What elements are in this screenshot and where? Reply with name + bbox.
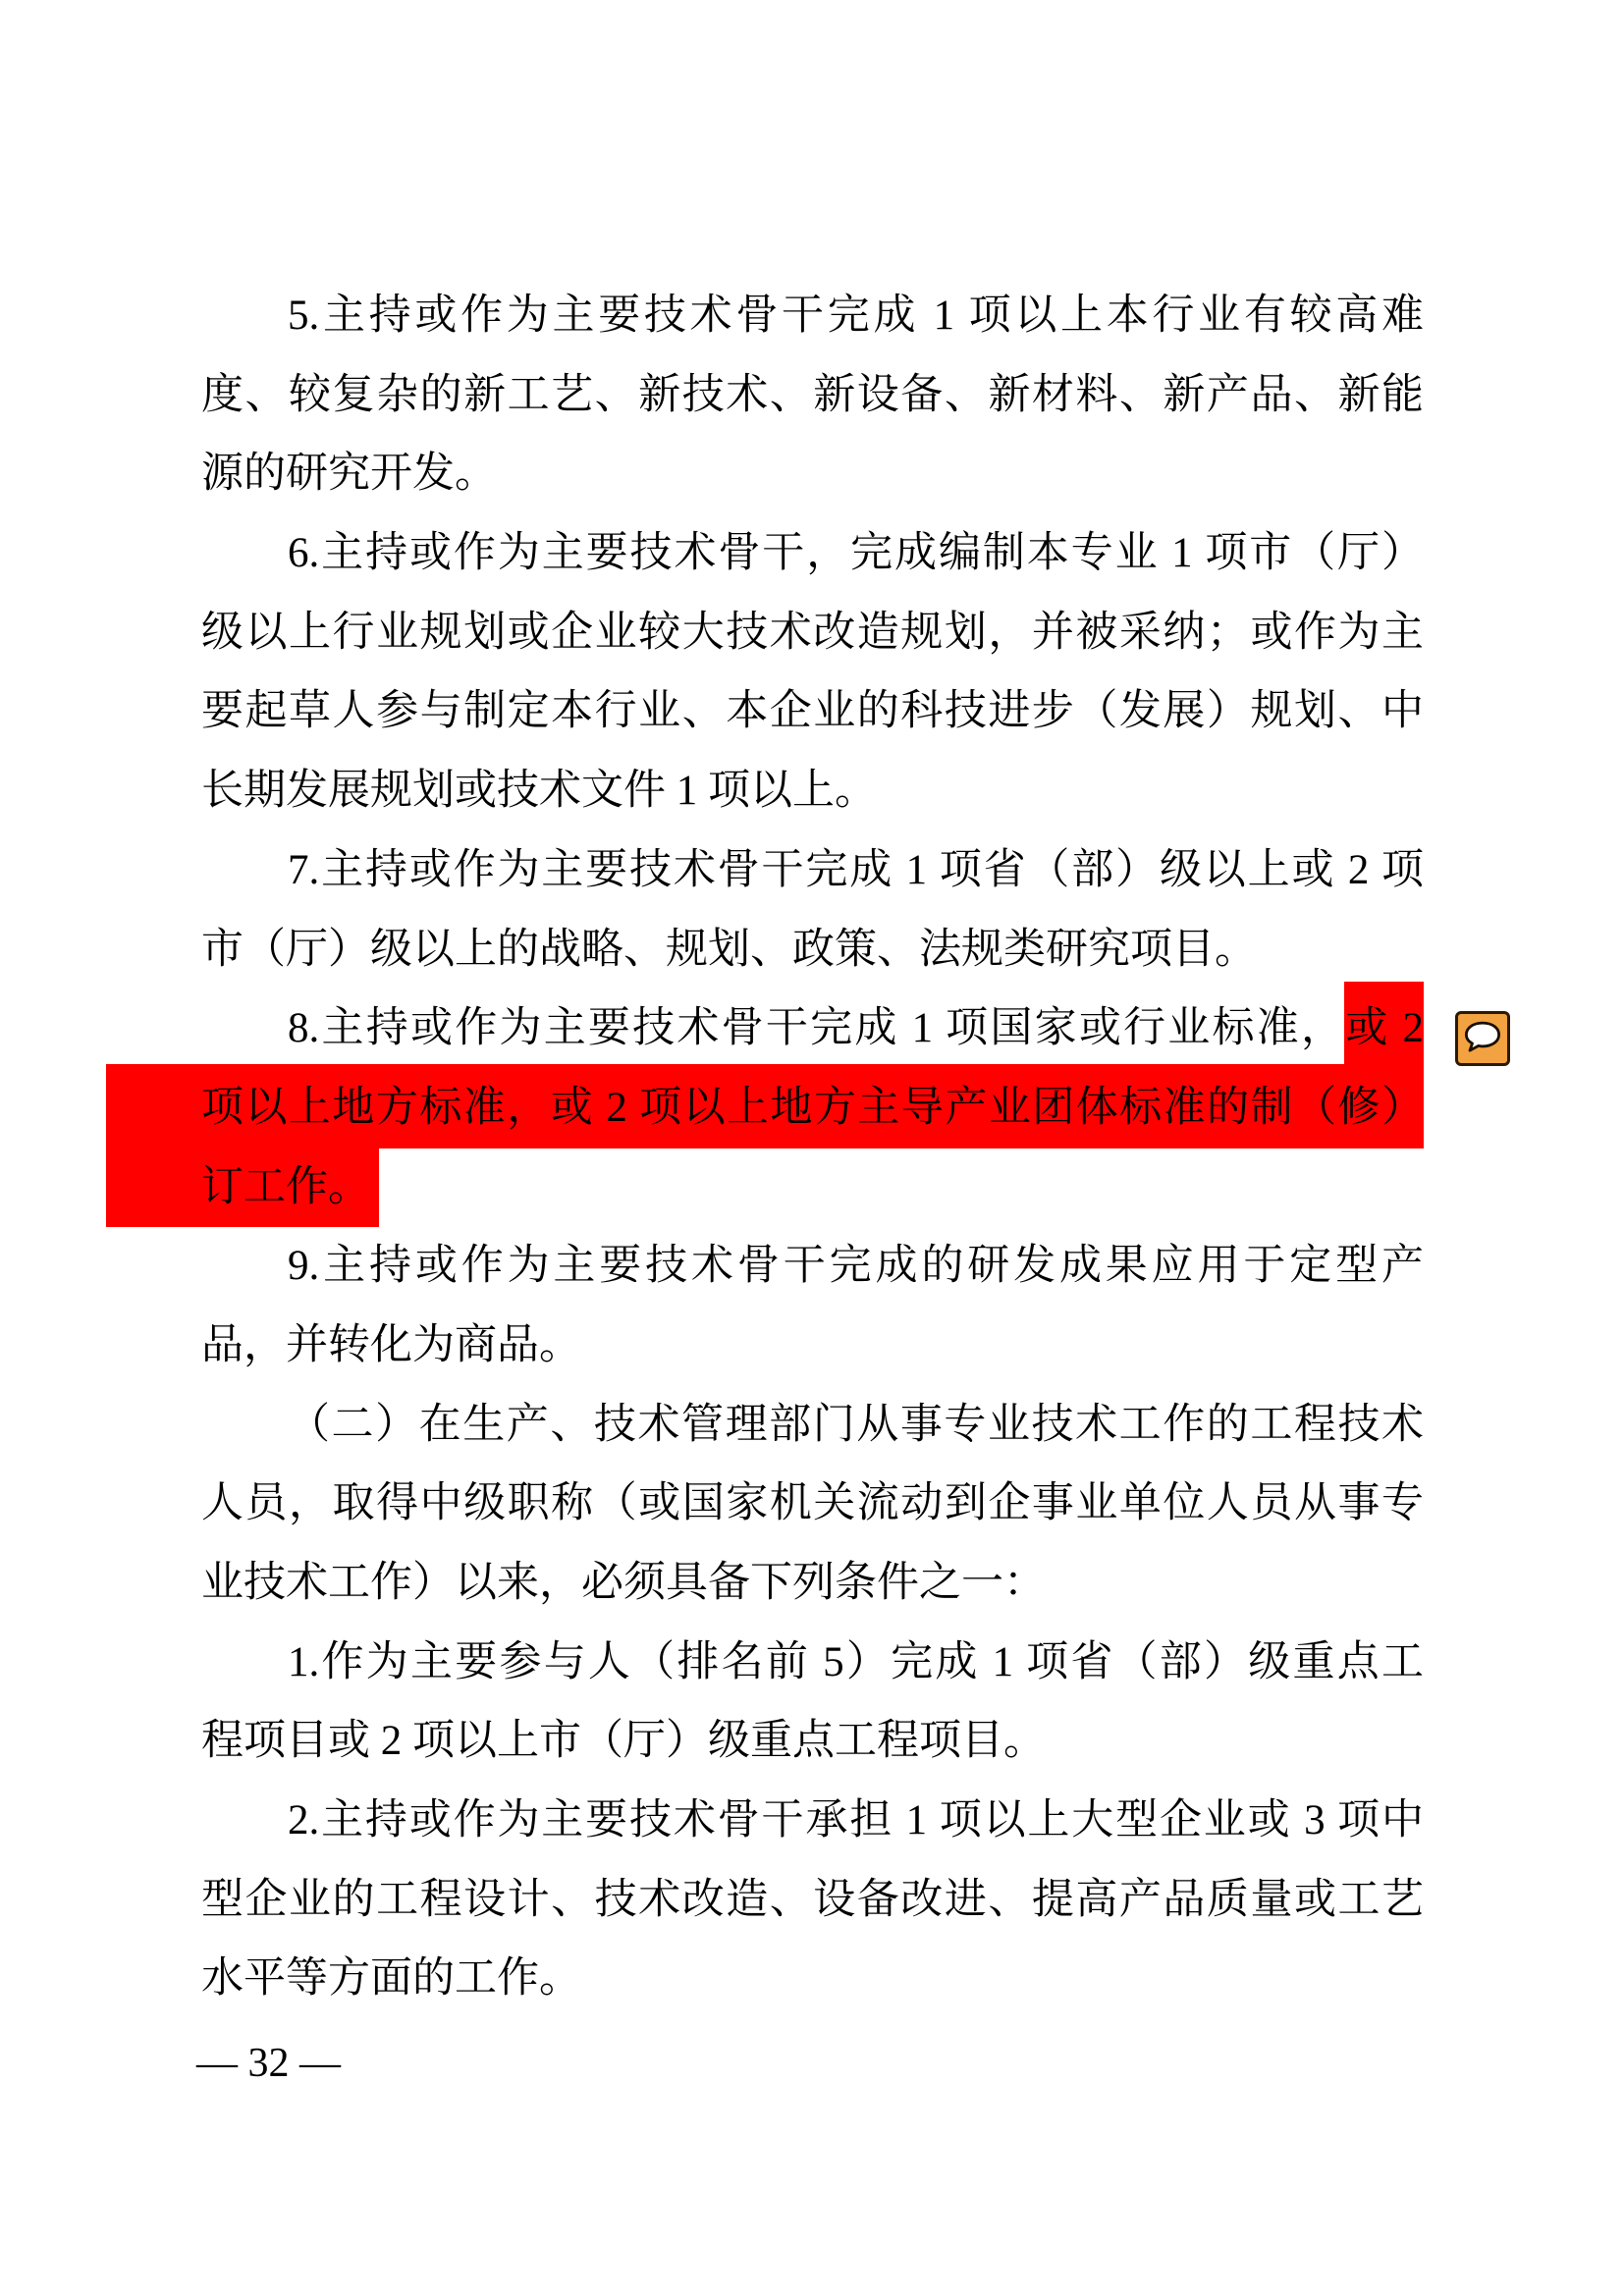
text-line: 项以上地方标准，或 2 项以上地方主导产业团体标准的制（修） (201, 1069, 1424, 1148)
text-line: 要起草人参与制定本行业、本企业的科技进步（发展）规划、中 (201, 672, 1424, 752)
text-line: 5.主持或作为主要技术骨干完成 1 项以上本行业有较高难 (201, 277, 1424, 356)
page-number: — 32 — (196, 2034, 341, 2093)
text-line: 1.作为主要参与人（排名前 5）完成 1 项省（部）级重点工 (201, 1624, 1424, 1703)
text-line: 市（厅）级以上的战略、规划、政策、法规类研究项目。 (201, 911, 1424, 990)
text-line: 2.主持或作为主要技术骨干承担 1 项以上大型企业或 3 项中 (201, 1782, 1424, 1861)
text-line: 程项目或 2 项以上市（厅）级重点工程项目。 (201, 1702, 1424, 1782)
text-line: 8.主持或作为主要技术骨干完成 1 项国家或行业标准，或 2 (201, 989, 1424, 1069)
text-line: 水平等方面的工作。 (201, 1940, 1424, 2019)
text-line: 业技术工作）以来，必须具备下列条件之一： (201, 1544, 1424, 1624)
document-page: 5.主持或作为主要技术骨干完成 1 项以上本行业有较高难 度、较复杂的新工艺、新… (0, 0, 1624, 2296)
text-line: （二）在生产、技术管理部门从事专业技术工作的工程技术 (201, 1386, 1424, 1466)
text-line: 型企业的工程设计、技术改造、设备改进、提高产品质量或工艺 (201, 1861, 1424, 1941)
comment-icon[interactable] (1455, 1011, 1510, 1066)
text-line: 长期发展规划或技术文件 1 项以上。 (201, 752, 1424, 831)
text-line: 6.主持或作为主要技术骨干，完成编制本专业 1 项市（厅） (201, 514, 1424, 594)
text-line: 源的研究开发。 (201, 435, 1424, 514)
text-line: 品，并转化为商品。 (201, 1307, 1424, 1386)
text-line: 订工作。 (201, 1148, 1424, 1228)
text-line: 7.主持或作为主要技术骨干完成 1 项省（部）级以上或 2 项 (201, 831, 1424, 911)
text-line: 级以上行业规划或企业较大技术改造规划，并被采纳；或作为主 (201, 594, 1424, 673)
text-line: 9.主持或作为主要技术骨干完成的研发成果应用于定型产 (201, 1227, 1424, 1307)
speech-bubble-icon (1462, 1017, 1503, 1058)
document-body: 5.主持或作为主要技术骨干完成 1 项以上本行业有较高难 度、较复杂的新工艺、新… (201, 277, 1424, 2019)
text-line: 人员，取得中级职称（或国家机关流动到企事业单位人员从事专 (201, 1465, 1424, 1544)
text-line: 度、较复杂的新工艺、新技术、新设备、新材料、新产品、新能 (201, 356, 1424, 436)
